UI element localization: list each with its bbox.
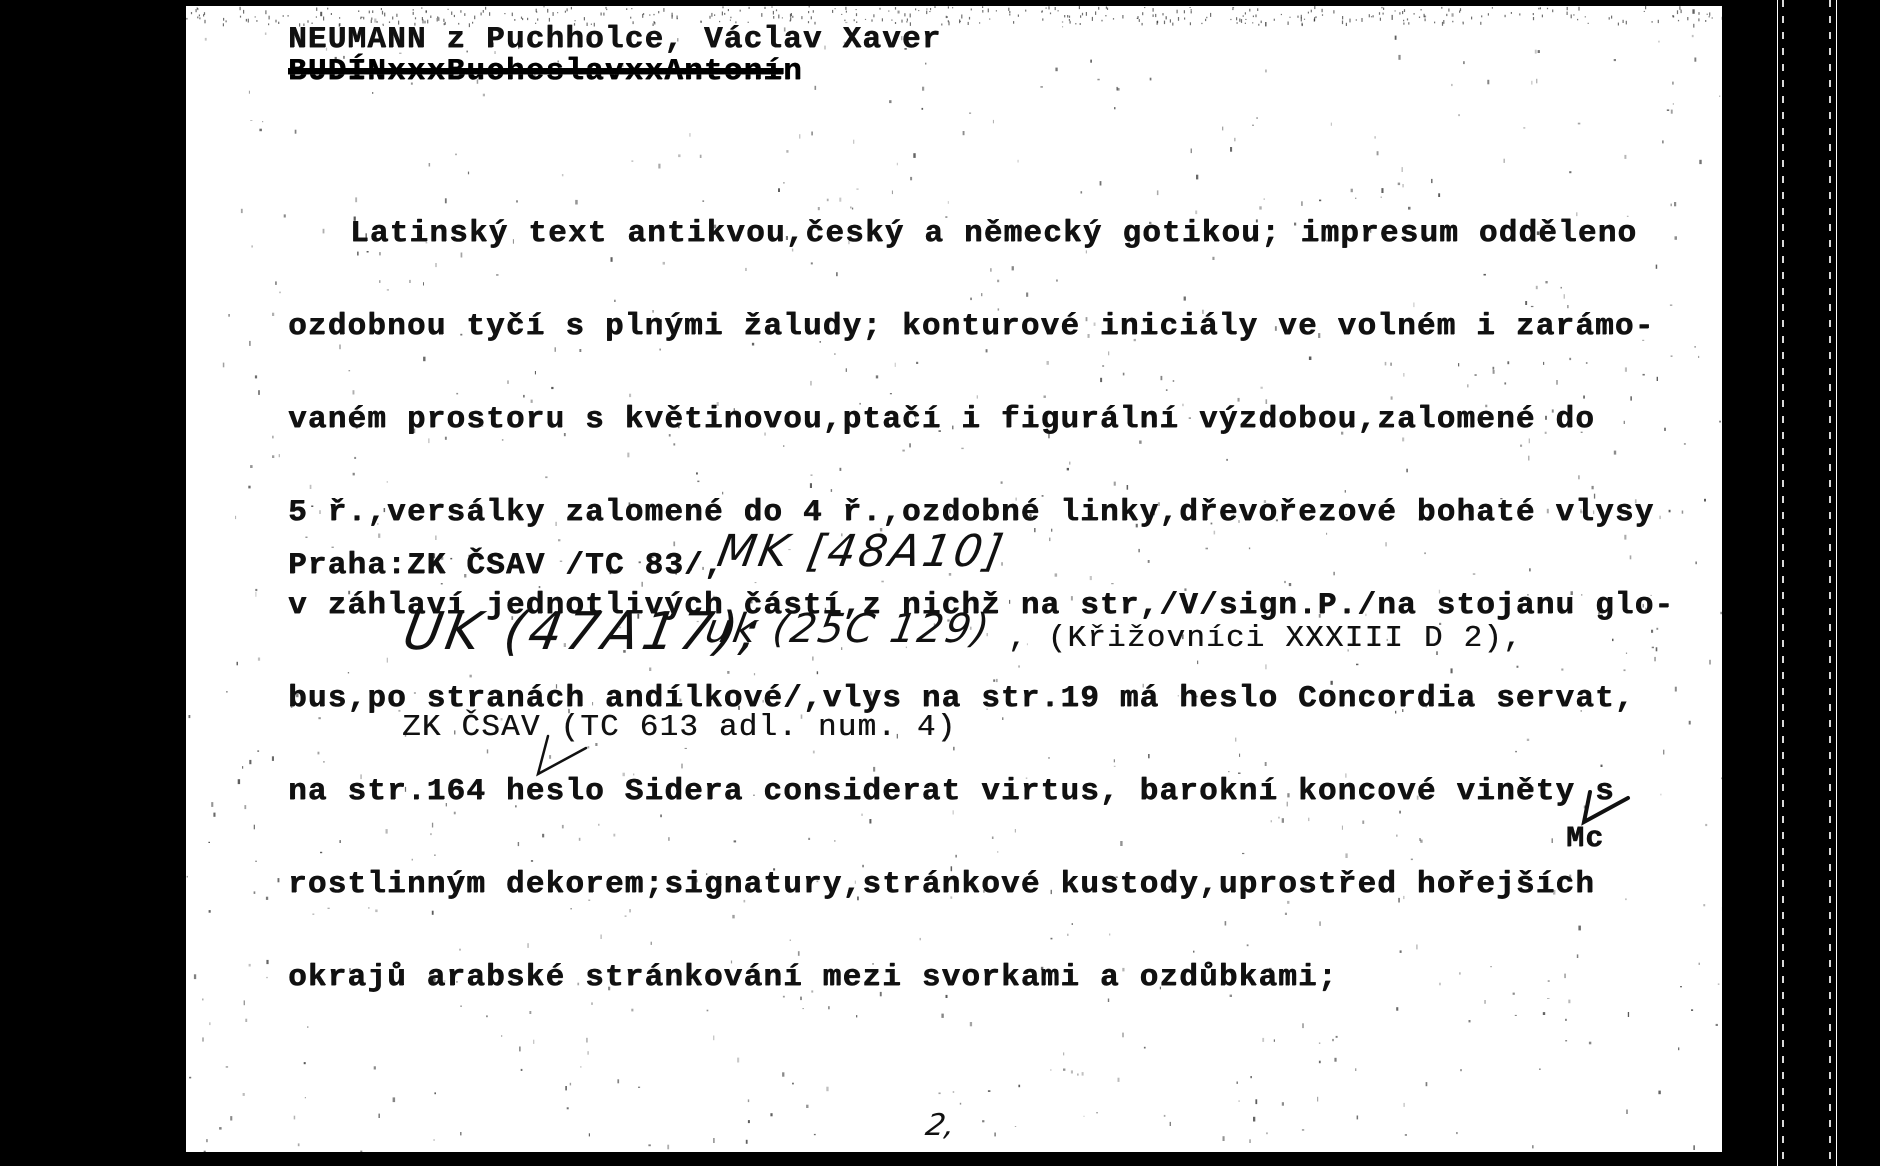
description-line: rostlinným dekorem;signatury,stránkové k…: [288, 869, 1674, 900]
scan-rail-line: [1777, 0, 1778, 1166]
holdings-typed-line-1: Praha:ZK ČSAV /TC 83/,: [288, 550, 724, 581]
handwritten-insert-mark-icon: [534, 732, 614, 780]
description-line: Latinský text antikvou,český a německý g…: [288, 218, 1674, 249]
scan-rail-dotted: [1782, 0, 1784, 1166]
cataloger-initials: Mc: [1566, 824, 1604, 855]
handwritten-page-number: 2,: [923, 1108, 958, 1143]
catalog-card: NEUMANN z Puchholce, Václav Xaver BUDÍNx…: [186, 6, 1722, 1152]
handwritten-uk-shelfmark-2: uk (25C 129): [702, 606, 994, 652]
struck-text: BUDÍNxxxBucheslavxxAntoní: [288, 54, 783, 89]
holdings-typed-line-2: , (Křižovníci XXXIII D 2),: [1008, 623, 1523, 654]
struck-tail: n: [783, 54, 803, 89]
handwritten-mk-shelfmark: MK [48A10]: [714, 526, 1010, 577]
description-line: ozdobnou tyčí s plnými žaludy; konturové…: [288, 311, 1674, 342]
scan-rail-line: [1836, 0, 1837, 1166]
description-line: okrajů arabské stránkování mezi svorkami…: [288, 962, 1674, 993]
holdings-typed-line-3: ZK ČSAV (TC 613 adl. num. 4): [402, 712, 957, 743]
description-line: vaném prostoru s květinovou,ptačí i figu…: [288, 404, 1674, 435]
scan-rail-dotted: [1829, 0, 1831, 1166]
card-heading-name: NEUMANN z Puchholce, Václav Xaver: [288, 24, 942, 55]
description-line: na str.164 heslo Sidera considerat virtu…: [288, 776, 1674, 807]
card-heading-struck-entry: BUDÍNxxxBucheslavxxAntonín: [288, 56, 803, 87]
description-line: 5 ř.,versálky zalomené do 4 ř.,ozdobné l…: [288, 497, 1674, 528]
